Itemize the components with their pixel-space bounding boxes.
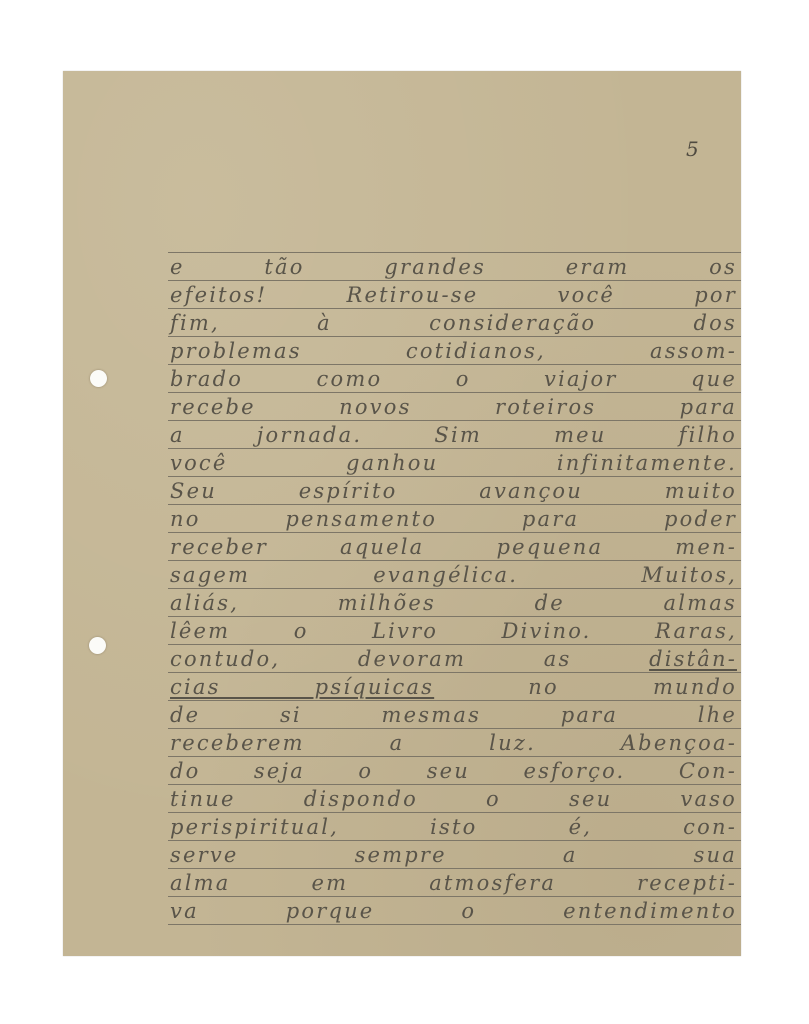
text-line: Seu espírito avançou muito bbox=[168, 477, 741, 505]
text-line: contudo, devoram as distân- bbox=[168, 645, 741, 673]
line-text: você ganhou infinitamente. bbox=[170, 451, 737, 475]
line-text: brado como o viajor que bbox=[170, 367, 737, 391]
underlined-phrase: distân- bbox=[649, 647, 737, 671]
ruled-text-body: e tão grandes eram os efeitos! Retirou-s… bbox=[168, 252, 741, 925]
punch-hole-top bbox=[90, 370, 107, 387]
text-line: de si mesmas para lhe bbox=[168, 701, 741, 729]
line-text: perispiritual, isto é, con- bbox=[170, 815, 737, 839]
text-line: va porque o entendimento bbox=[168, 897, 741, 925]
line-text: e tão grandes eram os bbox=[170, 255, 737, 279]
line-text: de si mesmas para lhe bbox=[170, 703, 737, 727]
line-text: contudo, devoram as distân- bbox=[170, 647, 737, 671]
line-text: tinue dispondo o seu vaso bbox=[170, 787, 737, 811]
punch-hole-bottom bbox=[89, 637, 106, 654]
text-line: recebe novos roteiros para bbox=[168, 393, 741, 421]
text-line: alma em atmosfera recepti- bbox=[168, 869, 741, 897]
line-text: fim, à consideração dos bbox=[170, 311, 737, 335]
line-text: efeitos! Retirou-se você por bbox=[170, 283, 737, 307]
line-text: lêem o Livro Divino. Raras, bbox=[170, 619, 737, 643]
text-line: perispiritual, isto é, con- bbox=[168, 813, 741, 841]
line-text: receberem a luz. Abençoa- bbox=[170, 731, 737, 755]
text-line: serve sempre a sua bbox=[168, 841, 741, 869]
text-line: tinue dispondo o seu vaso bbox=[168, 785, 741, 813]
line-text: alma em atmosfera recepti- bbox=[170, 871, 737, 895]
text-line: aliás, milhões de almas bbox=[168, 589, 741, 617]
line-text: cias psíquicas no mundo bbox=[170, 675, 737, 699]
line-text: no pensamento para poder bbox=[170, 507, 737, 531]
line-text: a jornada. Sim meu filho bbox=[170, 423, 737, 447]
text-line: efeitos! Retirou-se você por bbox=[168, 281, 741, 309]
handwritten-page: 5 e tão grandes eram os efeitos! Retirou… bbox=[63, 71, 741, 956]
text-line: cias psíquicas no mundo bbox=[168, 673, 741, 701]
text-line: receber aquela pequena men- bbox=[168, 533, 741, 561]
text-line: receberem a luz. Abençoa- bbox=[168, 729, 741, 757]
text-line: fim, à consideração dos bbox=[168, 309, 741, 337]
text-line: sagem evangélica. Muitos, bbox=[168, 561, 741, 589]
text-line: do seja o seu esforço. Con- bbox=[168, 757, 741, 785]
text-line: você ganhou infinitamente. bbox=[168, 449, 741, 477]
text-line: e tão grandes eram os bbox=[168, 253, 741, 281]
line-text: problemas cotidianos, assom- bbox=[170, 339, 737, 363]
text-line: a jornada. Sim meu filho bbox=[168, 421, 741, 449]
text-line: problemas cotidianos, assom- bbox=[168, 337, 741, 365]
line-text: recebe novos roteiros para bbox=[170, 395, 737, 419]
line-text: do seja o seu esforço. Con- bbox=[170, 759, 737, 783]
line-text: receber aquela pequena men- bbox=[170, 535, 737, 559]
line-text: sagem evangélica. Muitos, bbox=[170, 563, 737, 587]
line-text: serve sempre a sua bbox=[170, 843, 737, 867]
text-line: lêem o Livro Divino. Raras, bbox=[168, 617, 741, 645]
page-number: 5 bbox=[686, 137, 699, 161]
text-line: brado como o viajor que bbox=[168, 365, 741, 393]
line-text: Seu espírito avançou muito bbox=[170, 479, 737, 503]
text-line: no pensamento para poder bbox=[168, 505, 741, 533]
line-text: va porque o entendimento bbox=[170, 899, 737, 923]
underlined-phrase: cias psíquicas bbox=[170, 675, 434, 699]
line-text: aliás, milhões de almas bbox=[170, 591, 737, 615]
